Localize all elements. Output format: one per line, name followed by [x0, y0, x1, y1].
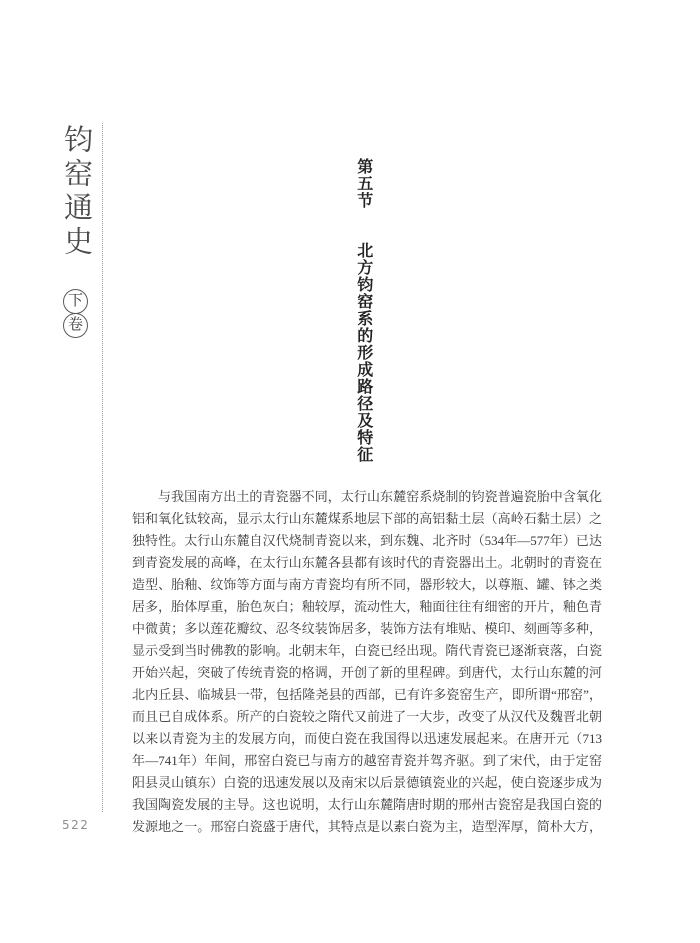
body-line: 中微黄；多以莲花瓣纹、忍冬纹装饰居多，装饰方法有堆贴、模印、刻画等多种， [132, 618, 602, 640]
section-label: 第五节 [355, 158, 372, 209]
section-heading: 第五节 北方钧窑系的形成路径及特征 [352, 158, 373, 463]
body-line: 北内丘县、临城县一带，包括隆尧县的西部，已有许多瓷窑生产，即所谓“邢窑”， [132, 684, 602, 706]
body-line: 铝和氧化钛较高，显示太行山东麓煤系地层下部的高铝黏土层（高岭石黏土层）之 [132, 508, 602, 530]
volume-badge-char-juan: 卷 [63, 313, 88, 338]
body-line: 造型、胎釉、纹饰等方面与南方青瓷均有所不同，器形较大，以尊瓶、罐、钵之类 [132, 574, 602, 596]
body-line: 居多，胎体厚重，胎色灰白；釉较厚，流动性大，釉面往往有细密的开片，釉色青 [132, 596, 602, 618]
margin-dotted-divider [102, 123, 103, 812]
page-number: 522 [62, 818, 89, 832]
body-line: 以来以青瓷为主的发展方向，而使白瓷在我国得以迅速发展起来。在唐开元（713 [132, 728, 602, 750]
volume-badge-char-xia: 下 [63, 289, 88, 314]
body-line: 开始兴起，突破了传统青瓷的格调，开创了新的里程碑。到唐代，太行山东麓的河 [132, 662, 602, 684]
body-line: 独特性。太行山东麓自汉代烧制青瓷以来，到东魏、北齐时（534年—577年）已达 [132, 530, 602, 552]
book-page: 钧窑通史 下 卷 522 第五节 北方钧窑系的形成路径及特征 与我国南方出土的青… [0, 0, 700, 943]
body-paragraph: 与我国南方出土的青瓷器不同，太行山东麓窑系烧制的钧瓷普遍瓷胎中含氧化铝和氧化钛较… [132, 486, 602, 838]
section-title: 北方钧窑系的形成路径及特征 [355, 242, 372, 463]
body-line: 显示受到当时佛教的影响。北朝末年，白瓷已经出现。隋代青瓷已逐渐衰落，白瓷 [132, 640, 602, 662]
body-line: 阳县灵山镇东）白瓷的迅速发展以及南宋以后景德镇瓷业的兴起，使白瓷逐步成为 [132, 772, 602, 794]
body-line: 年—741年）年间，邢窑白瓷已与南方的越窑青瓷并驾齐驱。到了宋代，由于定窑（曲 [132, 750, 602, 772]
book-title-vertical: 钧窑通史 [61, 124, 90, 260]
body-line: 发源地之一。邢窑白瓷盛于唐代，其特点是以素白瓷为主，造型浑厚，简朴大方， [132, 816, 602, 838]
volume-badge: 下 卷 [63, 289, 88, 338]
body-line: 与我国南方出土的青瓷器不同，太行山东麓窑系烧制的钧瓷普遍瓷胎中含氧化 [132, 486, 602, 508]
body-line: 到青瓷发展的高峰，在太行山东麓各县都有该时代的青瓷器出土。北朝时的青瓷在 [132, 552, 602, 574]
body-line: 我国陶瓷发展的主导。这也说明，太行山东麓隋唐时期的邢州古瓷窑是我国白瓷的 [132, 794, 602, 816]
body-line: 而且已自成体系。所产的白瓷较之隋代又前进了一大步，改变了从汉代及魏晋北朝 [132, 706, 602, 728]
